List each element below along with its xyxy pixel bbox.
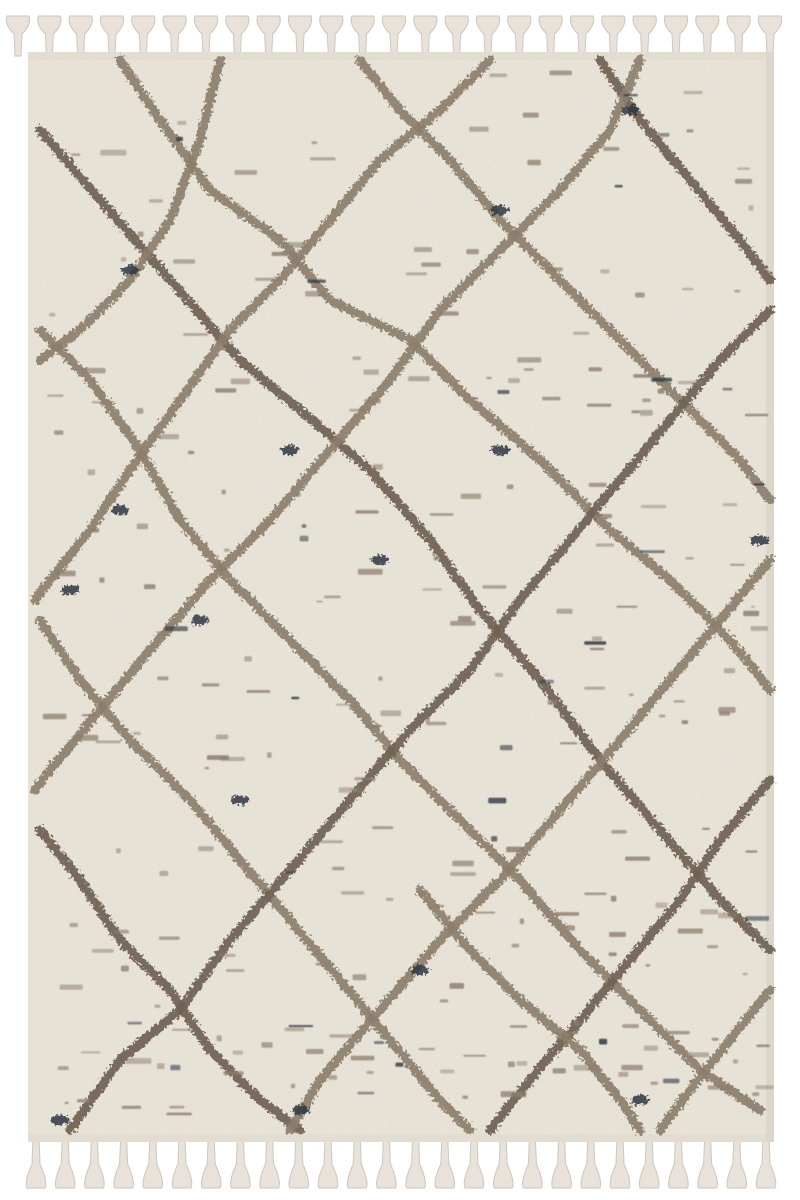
- rug-photo: Moroccan Berber-style shag rug with diam…: [0, 0, 800, 1200]
- speck: [488, 798, 506, 804]
- speck: [745, 916, 769, 921]
- speck: [166, 1113, 192, 1116]
- speck: [458, 616, 471, 622]
- speck: [615, 185, 623, 188]
- speck: [255, 278, 279, 281]
- speck: [144, 584, 156, 589]
- navy-accent: [371, 555, 389, 565]
- speck: [723, 503, 738, 506]
- speck: [584, 687, 605, 690]
- speck: [523, 113, 539, 118]
- speck: [510, 1025, 528, 1028]
- speck: [708, 1085, 731, 1089]
- speck: [267, 752, 272, 758]
- speck: [686, 129, 693, 132]
- speck: [592, 636, 602, 640]
- speck: [425, 717, 430, 722]
- speck: [311, 141, 317, 144]
- speck: [574, 1020, 579, 1026]
- speck: [82, 714, 98, 716]
- speck: [126, 1058, 152, 1064]
- navy-accent: [191, 615, 209, 625]
- speck: [548, 700, 558, 705]
- speck: [663, 1079, 679, 1084]
- navy-accent: [111, 505, 129, 515]
- speck: [366, 725, 382, 727]
- speck: [289, 1025, 314, 1027]
- speck: [339, 787, 362, 793]
- speck: [589, 367, 602, 371]
- speck: [527, 160, 540, 165]
- speck: [609, 932, 626, 937]
- speck: [372, 826, 393, 829]
- speck: [584, 641, 606, 645]
- speck: [489, 74, 507, 78]
- speck: [595, 514, 612, 518]
- speck: [642, 399, 651, 403]
- speck: [77, 1099, 90, 1103]
- speck: [512, 944, 520, 948]
- speck: [305, 291, 328, 297]
- speck: [49, 313, 55, 317]
- speck: [272, 252, 297, 256]
- speck: [188, 451, 194, 454]
- speck: [723, 388, 733, 391]
- speck: [81, 368, 105, 374]
- speck: [749, 205, 754, 210]
- speck: [92, 949, 114, 953]
- speck: [318, 840, 343, 843]
- speck: [316, 963, 334, 966]
- speck: [222, 490, 226, 495]
- speck: [584, 893, 606, 896]
- speck: [573, 332, 589, 335]
- speck: [618, 1072, 628, 1077]
- speck: [440, 1070, 454, 1074]
- speck: [217, 1035, 222, 1041]
- speck: [462, 1096, 468, 1099]
- speck: [43, 714, 67, 720]
- speck: [542, 397, 560, 401]
- speck: [55, 571, 76, 577]
- speck: [439, 311, 459, 315]
- navy-accent: [61, 585, 79, 595]
- speck: [155, 1005, 161, 1008]
- speck: [517, 1061, 528, 1066]
- speck: [501, 1091, 527, 1097]
- speck: [90, 528, 99, 532]
- speck: [367, 1071, 374, 1074]
- speck: [475, 912, 495, 914]
- speck: [307, 280, 326, 283]
- speck: [430, 905, 444, 908]
- speck: [730, 564, 745, 566]
- speck: [358, 1092, 375, 1095]
- speck: [553, 1068, 566, 1073]
- speck: [688, 1052, 709, 1057]
- speck: [231, 379, 250, 385]
- navy-accent: [411, 965, 429, 975]
- speck: [574, 1065, 600, 1071]
- speck: [341, 891, 364, 895]
- speck: [351, 1056, 375, 1061]
- speck: [306, 1049, 324, 1054]
- speck: [658, 389, 665, 394]
- speck: [224, 549, 230, 552]
- speck: [611, 830, 626, 834]
- speck: [599, 1039, 607, 1045]
- speck: [674, 700, 685, 702]
- speck: [450, 872, 476, 876]
- speck: [353, 974, 367, 980]
- speck: [651, 1082, 659, 1085]
- speck: [651, 378, 672, 382]
- top-binding: [28, 52, 774, 60]
- speck: [556, 609, 572, 614]
- speck: [386, 898, 394, 901]
- speck: [224, 1071, 244, 1075]
- speck: [159, 937, 180, 940]
- navy-accent: [631, 1095, 649, 1105]
- speck: [609, 952, 617, 956]
- speck: [587, 404, 612, 407]
- speck: [65, 1102, 69, 1104]
- speck: [646, 964, 650, 967]
- speck: [54, 430, 63, 435]
- speck: [356, 510, 379, 513]
- speck: [463, 1055, 486, 1057]
- speck: [483, 585, 507, 588]
- speck: [553, 912, 579, 916]
- speck: [137, 524, 148, 530]
- speck: [70, 923, 78, 927]
- navy-accent: [491, 445, 509, 455]
- speck: [247, 690, 271, 693]
- speck: [170, 1065, 180, 1070]
- navy-accent: [281, 445, 299, 455]
- speck: [737, 167, 750, 170]
- speck: [440, 999, 449, 1002]
- speck: [497, 390, 509, 394]
- speck: [176, 137, 183, 142]
- speck: [682, 288, 694, 290]
- speck: [58, 1066, 69, 1070]
- speck: [165, 626, 188, 631]
- speck: [486, 377, 491, 379]
- speck: [393, 140, 410, 143]
- speck: [733, 1059, 738, 1063]
- speck: [625, 857, 650, 861]
- speck: [302, 524, 307, 528]
- speck: [745, 414, 769, 417]
- speck: [159, 871, 168, 876]
- speck: [169, 1106, 184, 1109]
- speck: [508, 1062, 515, 1068]
- speck: [149, 199, 163, 203]
- speck: [718, 913, 737, 918]
- speck: [316, 601, 323, 603]
- speck: [365, 399, 381, 404]
- speck: [381, 710, 402, 716]
- speck: [198, 846, 214, 851]
- speck: [506, 847, 524, 853]
- navy-accent: [121, 265, 139, 275]
- speck: [177, 121, 186, 125]
- speck: [667, 1031, 690, 1035]
- speck: [682, 720, 689, 724]
- speck: [452, 861, 473, 867]
- speck: [373, 464, 383, 470]
- speck: [291, 697, 299, 700]
- speck: [707, 945, 718, 948]
- navy-accent: [751, 535, 769, 545]
- speck: [244, 656, 251, 661]
- speck: [434, 556, 440, 560]
- speck: [678, 381, 704, 384]
- speck: [617, 606, 638, 608]
- speck: [419, 1048, 435, 1050]
- rug-body: [28, 52, 774, 1142]
- speck: [500, 745, 513, 750]
- speck: [702, 828, 710, 830]
- speck: [173, 259, 195, 264]
- speck: [414, 247, 432, 252]
- speck: [99, 577, 104, 582]
- speck: [751, 606, 755, 608]
- speck: [73, 735, 98, 741]
- speck: [469, 127, 489, 132]
- speck: [216, 735, 228, 740]
- speck: [408, 376, 430, 381]
- speck: [550, 71, 572, 76]
- speck: [685, 557, 694, 560]
- speck: [332, 867, 344, 871]
- navy-accent: [231, 795, 249, 805]
- speck: [623, 94, 638, 96]
- speck: [47, 395, 63, 397]
- speck: [743, 973, 748, 975]
- speck: [603, 147, 619, 151]
- speck: [633, 374, 653, 378]
- speck: [121, 257, 126, 261]
- speck: [560, 742, 577, 744]
- speck: [755, 1085, 773, 1089]
- speck: [495, 673, 503, 677]
- speck: [172, 1029, 193, 1031]
- speck: [205, 767, 209, 770]
- speck: [138, 232, 144, 237]
- speck: [548, 268, 563, 272]
- speck: [354, 777, 375, 780]
- speck: [621, 1065, 643, 1070]
- speck: [300, 536, 309, 542]
- speck: [745, 850, 757, 852]
- speck: [641, 550, 665, 553]
- speck: [215, 388, 236, 392]
- speck: [291, 1084, 295, 1089]
- speck: [92, 401, 115, 403]
- speck: [419, 892, 426, 897]
- speck: [743, 611, 759, 616]
- speck: [202, 683, 220, 686]
- speck: [96, 741, 121, 744]
- speck: [564, 925, 575, 930]
- speck: [114, 930, 129, 934]
- speck: [127, 1022, 141, 1025]
- speck: [324, 596, 341, 599]
- speck: [378, 677, 382, 681]
- speck: [100, 150, 126, 156]
- speck: [261, 1042, 272, 1048]
- speck: [718, 707, 735, 713]
- speck: [157, 631, 170, 635]
- speck: [421, 263, 441, 267]
- speck: [157, 676, 168, 680]
- speck: [712, 1038, 719, 1041]
- speck: [517, 357, 541, 362]
- speck: [724, 668, 735, 673]
- speck: [336, 704, 350, 706]
- speck: [508, 378, 520, 383]
- speck: [524, 368, 534, 370]
- speck: [640, 410, 653, 416]
- speck: [596, 543, 614, 546]
- speck: [226, 969, 245, 972]
- speck: [678, 929, 703, 934]
- speck: [233, 1051, 243, 1055]
- speck: [507, 485, 514, 490]
- speck: [659, 715, 666, 718]
- speck: [589, 483, 607, 487]
- navy-accent: [291, 1105, 309, 1115]
- speck: [207, 755, 229, 760]
- speck: [751, 626, 769, 631]
- speck: [641, 505, 667, 508]
- speck: [234, 170, 257, 175]
- speck: [430, 513, 454, 515]
- speck: [590, 648, 604, 650]
- speck: [159, 434, 179, 439]
- speck: [466, 249, 479, 254]
- speck: [116, 848, 121, 853]
- speck: [644, 1046, 658, 1051]
- speck: [635, 293, 645, 298]
- speck: [310, 157, 336, 160]
- speck: [657, 133, 670, 137]
- speck: [406, 272, 427, 275]
- speck: [600, 269, 609, 273]
- speck: [287, 242, 310, 248]
- speck: [363, 370, 378, 375]
- speck: [684, 91, 703, 94]
- speck: [752, 1092, 759, 1096]
- speck: [329, 1034, 355, 1037]
- speck: [352, 357, 361, 361]
- speck: [734, 290, 740, 293]
- speck: [450, 983, 464, 989]
- speck: [88, 469, 96, 475]
- navy-accent: [491, 205, 509, 215]
- right-edge: [766, 52, 774, 1142]
- navy-accent: [51, 1115, 69, 1125]
- speck: [122, 1106, 141, 1109]
- speck: [81, 1051, 101, 1053]
- speck: [756, 1045, 769, 1048]
- speck: [735, 179, 752, 184]
- speck: [461, 494, 481, 499]
- speck: [450, 621, 475, 626]
- speck: [296, 493, 301, 497]
- speck: [422, 588, 442, 590]
- speck: [520, 918, 524, 924]
- speck: [491, 836, 497, 841]
- speck: [656, 903, 668, 909]
- speck: [358, 569, 383, 575]
- speck: [349, 409, 367, 412]
- speck: [374, 1041, 384, 1044]
- speck: [629, 693, 634, 696]
- speck: [71, 153, 81, 156]
- speck: [328, 1075, 337, 1080]
- navy-accent: [621, 105, 639, 115]
- speck: [540, 680, 554, 684]
- speck: [168, 504, 176, 509]
- speck: [395, 1063, 403, 1067]
- bottom-binding: [28, 1134, 774, 1142]
- speck: [137, 408, 144, 414]
- rug-illustration: [0, 0, 800, 1200]
- speck: [554, 1032, 578, 1034]
- speck: [219, 954, 236, 957]
- speck: [700, 909, 718, 914]
- speck: [754, 483, 765, 485]
- speck: [631, 410, 640, 413]
- speck: [285, 1028, 305, 1032]
- speck: [453, 383, 459, 388]
- speck: [183, 333, 208, 335]
- speck: [60, 985, 83, 990]
- speck: [157, 1063, 165, 1069]
- speck: [622, 1024, 639, 1028]
- speck: [133, 732, 141, 735]
- speck: [285, 871, 295, 873]
- speck: [121, 966, 129, 972]
- speck: [611, 896, 616, 902]
